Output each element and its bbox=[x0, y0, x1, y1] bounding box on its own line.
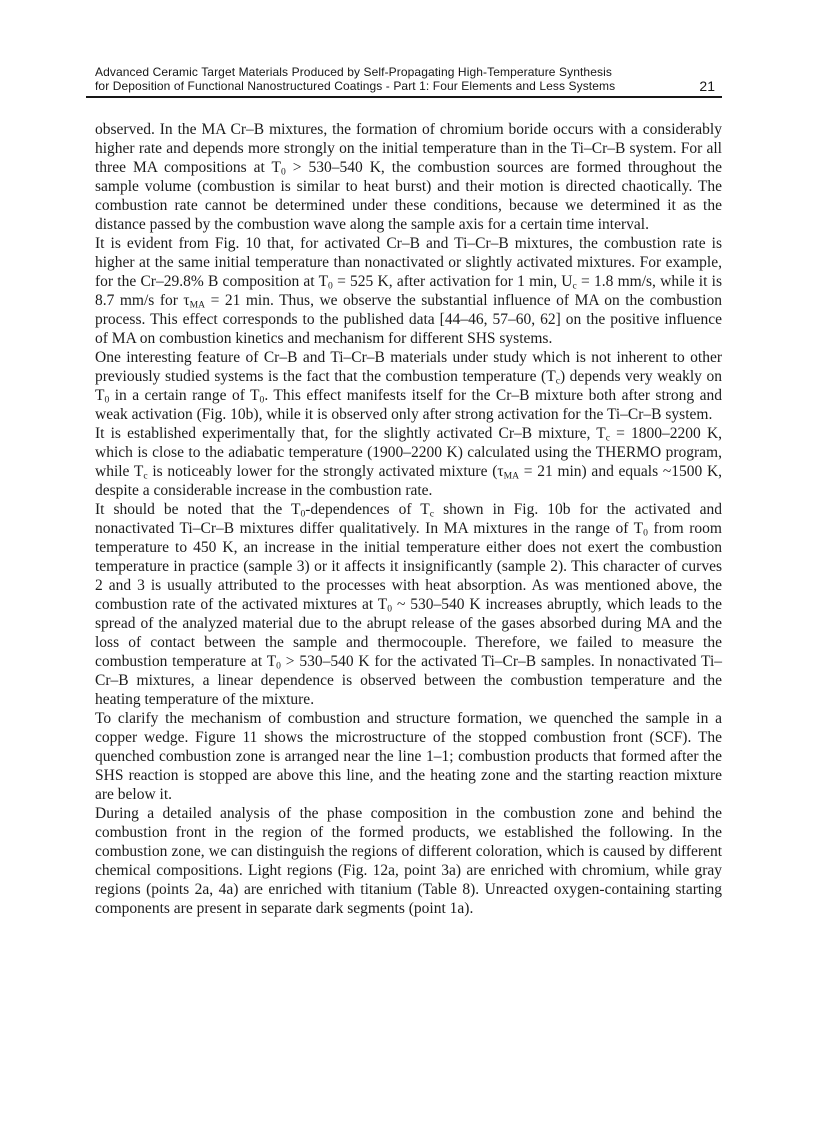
paragraph: It is evident from Fig. 10 that, for act… bbox=[95, 234, 722, 348]
paragraph: observed. In the MA Cr–B mixtures, the f… bbox=[95, 120, 722, 234]
running-head: Advanced Ceramic Target Materials Produc… bbox=[95, 66, 615, 93]
paragraph: One interesting feature of Cr–B and Ti–C… bbox=[95, 348, 722, 424]
page-number: 21 bbox=[699, 79, 722, 93]
article-body: observed. In the MA Cr–B mixtures, the f… bbox=[95, 120, 722, 918]
paragraph: To clarify the mechanism of combustion a… bbox=[95, 709, 722, 804]
paragraph: During a detailed analysis of the phase … bbox=[95, 804, 722, 918]
paragraph: It should be noted that the T0-dependenc… bbox=[95, 500, 722, 709]
running-head-line-1: Advanced Ceramic Target Materials Produc… bbox=[95, 66, 615, 80]
page-header: Advanced Ceramic Target Materials Produc… bbox=[86, 66, 722, 98]
running-head-line-2: for Deposition of Functional Nanostructu… bbox=[95, 80, 615, 94]
document-page: Advanced Ceramic Target Materials Produc… bbox=[0, 0, 816, 1123]
paragraph: It is established experimentally that, f… bbox=[95, 424, 722, 500]
